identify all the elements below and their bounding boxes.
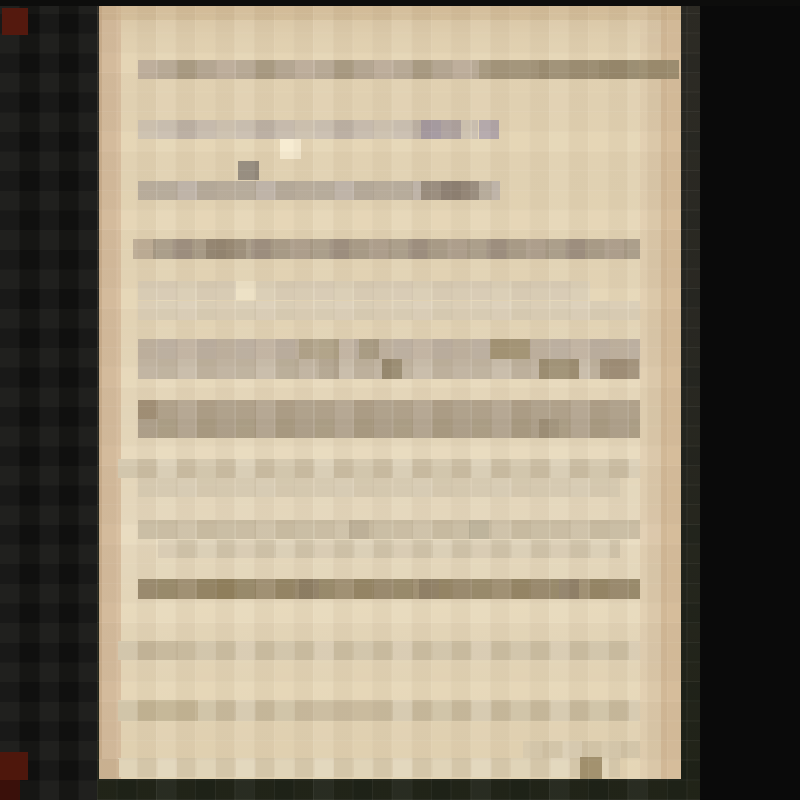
text-line-band (118, 700, 640, 721)
text-block (138, 700, 198, 721)
text-block (441, 181, 461, 200)
mosaic-block (99, 759, 119, 779)
photo-viewer-canvas (0, 0, 800, 800)
text-block (461, 181, 479, 200)
text-block (539, 359, 579, 379)
paper-sheet (99, 0, 681, 779)
text-block (600, 359, 639, 379)
text-line-band (118, 641, 640, 660)
text-block (599, 60, 639, 79)
text-line-band (138, 281, 590, 300)
text-block (469, 520, 489, 539)
text-block (299, 579, 319, 599)
text-line-band (118, 758, 620, 777)
text-block (319, 339, 339, 359)
text-block (539, 60, 599, 79)
text-line-band (138, 181, 500, 200)
document-photo (97, 0, 700, 800)
letterbox-left (0, 0, 97, 800)
text-line-band (523, 741, 640, 758)
text-block (236, 281, 256, 300)
text-block (441, 120, 461, 139)
text-line-band (158, 540, 620, 558)
text-block (206, 239, 226, 259)
text-block (479, 120, 499, 139)
mosaic-block (580, 757, 602, 779)
text-line-band (138, 520, 640, 539)
mosaic-block (238, 161, 259, 180)
text-block (217, 579, 237, 599)
paper-right-edge-shadow (661, 0, 681, 779)
text-block (421, 120, 441, 139)
text-block (382, 359, 402, 379)
artifact-block (0, 780, 20, 800)
text-block (138, 400, 158, 419)
text-line-band (138, 60, 640, 79)
text-block (419, 579, 439, 599)
artifact-block (0, 752, 28, 780)
text-line-band (138, 120, 478, 139)
paper-right-edge-shading (640, 0, 661, 779)
text-block (421, 181, 441, 200)
mosaic-block (280, 139, 301, 159)
text-block (300, 700, 380, 721)
text-block (479, 60, 539, 79)
text-block (359, 339, 379, 359)
text-block (279, 359, 299, 379)
text-block (226, 239, 246, 259)
text-line-band (138, 339, 640, 359)
text-block (349, 520, 369, 539)
paper-left-edge-shading (102, 0, 121, 779)
artifact-block (2, 8, 28, 35)
text-line-band (138, 579, 640, 599)
text-block (319, 359, 339, 379)
text-block (559, 579, 579, 599)
text-line-band (138, 301, 640, 320)
text-line-band (138, 359, 640, 379)
text-line-band (138, 400, 640, 419)
paper-left-edge-shadow (99, 0, 102, 779)
text-block (539, 419, 559, 438)
text-block (133, 239, 153, 259)
text-block (138, 641, 178, 660)
text-line-band (138, 478, 620, 497)
text-line-band (133, 239, 640, 259)
text-line-band (138, 419, 640, 438)
letterbox-top (0, 0, 800, 6)
text-block (299, 339, 319, 359)
text-block (490, 339, 530, 359)
text-line-band (118, 459, 640, 478)
text-block (639, 60, 679, 79)
